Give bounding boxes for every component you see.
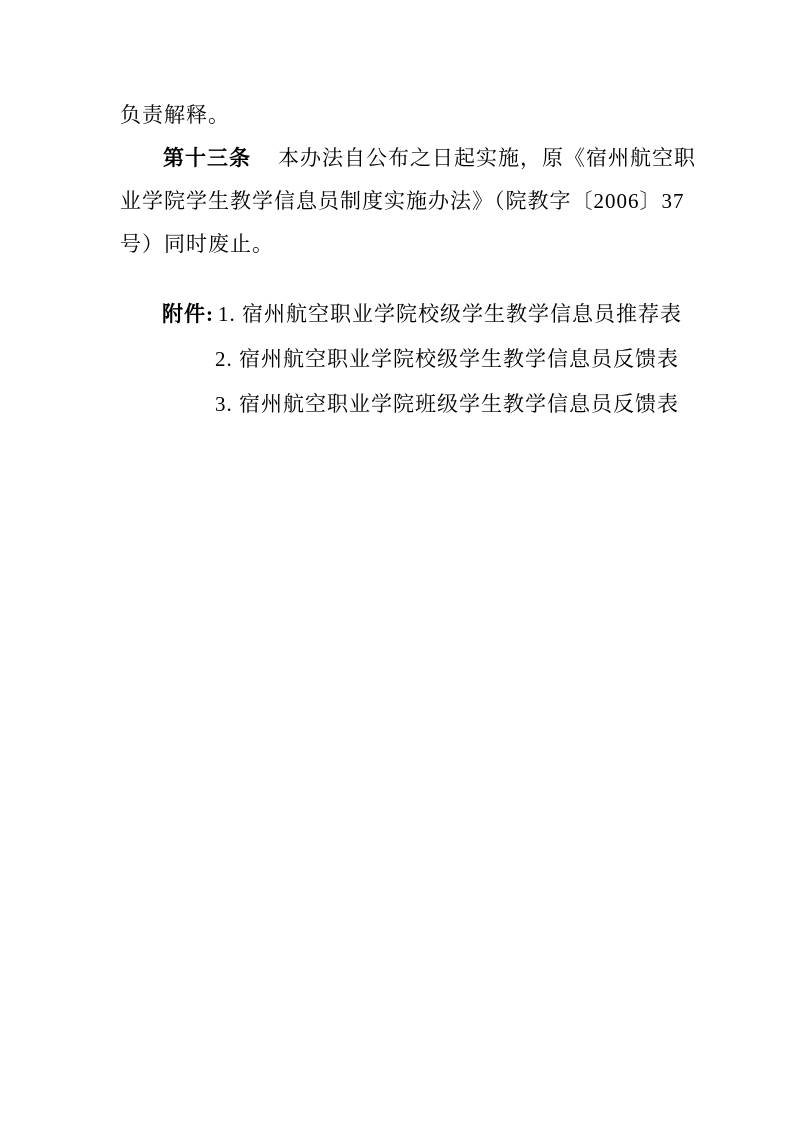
article-13-line-1-text: 本办法自公布之日起实施，原《宿州航空职 [278,146,696,170]
article-13-line-1: 第十三条本办法自公布之日起实施，原《宿州航空职 [120,137,676,180]
attachment-row-1: 附件:1. 宿州航空职业学院校级学生教学信息员推荐表 [162,292,676,337]
attachment-item-2: 2. 宿州航空职业学院校级学生教学信息员反馈表 [162,337,676,382]
attachments-label: 附件: [162,302,214,326]
trailing-paragraph-end: 负责解释。 [120,94,676,137]
document-page: 负责解释。 第十三条本办法自公布之日起实施，原《宿州航空职 业学院学生教学信息员… [0,0,793,1122]
attachment-item-3: 3. 宿州航空职业学院班级学生教学信息员反馈表 [162,382,676,427]
attachments-block: 附件:1. 宿州航空职业学院校级学生教学信息员推荐表 2. 宿州航空职业学院校级… [120,292,676,427]
attachment-item-1: 1. 宿州航空职业学院校级学生教学信息员推荐表 [218,302,682,326]
article-13-label: 第十三条 [163,146,251,170]
document-body: 负责解释。 第十三条本办法自公布之日起实施，原《宿州航空职 业学院学生教学信息员… [120,94,676,427]
article-13-paragraph: 第十三条本办法自公布之日起实施，原《宿州航空职 业学院学生教学信息员制度实施办法… [120,137,676,266]
article-13-line-3: 号）同时废止。 [120,223,676,266]
article-13-line-2: 业学院学生教学信息员制度实施办法》（院教字〔2006〕37 [120,180,676,223]
